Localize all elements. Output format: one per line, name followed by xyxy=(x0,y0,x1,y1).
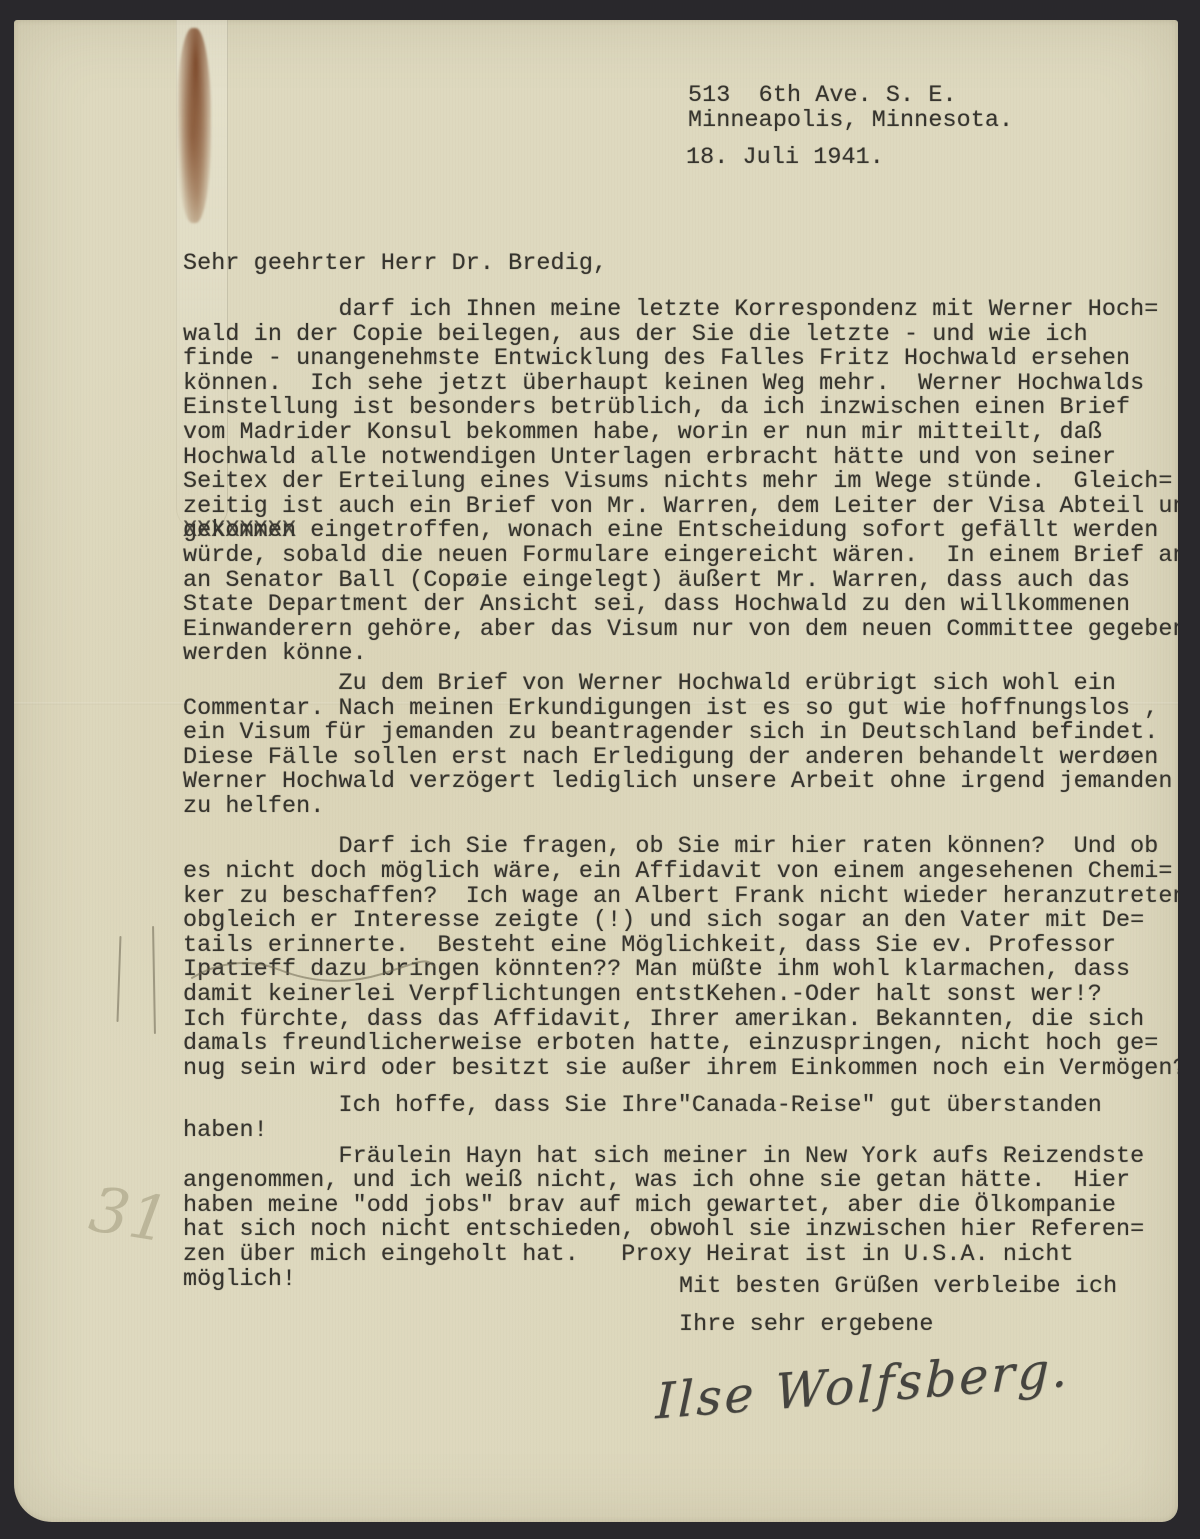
letter-line: haben! xyxy=(183,1119,1178,1144)
letter-line: 513 6th Ave. S. E. xyxy=(688,84,1013,109)
letter-page: 513 6th Ave. S. E.Minneapolis, Minnesota… xyxy=(14,20,1178,1522)
letter-line: nug sein wird oder besitzt sie außer ihr… xyxy=(183,1057,1178,1082)
pencil-squiggle xyxy=(188,948,438,988)
letter-line: Commentar. Nach meinen Erkundigungen ist… xyxy=(183,697,1178,722)
letter-line: gekommen eingetroffen, wonach eine Entsc… xyxy=(183,519,1178,544)
letter-line: Zu dem Brief von Werner Hochwald erübrig… xyxy=(183,672,1178,697)
letter-line: damals freundlicherweise erboten hatte, … xyxy=(183,1032,1178,1057)
signature: Ilse Wolfsberg. xyxy=(655,1341,1071,1431)
letter-line: Mit besten Grüßen verbleibe ich xyxy=(679,1268,1117,1306)
letter-line: Darf ich Sie fragen, ob Sie mir hier rat… xyxy=(183,835,1178,860)
letter-line: Einstellung ist besonders betrüblich, da… xyxy=(183,396,1178,421)
letter-line: State Department der Ansicht sei, dass H… xyxy=(183,593,1178,618)
letter-line: wald in der Copie beilegen, aus der Sie … xyxy=(183,323,1178,348)
letter-line: Ich hoffe, dass Sie Ihre"Canada-Reise" g… xyxy=(183,1094,1178,1119)
date-line: 18. Juli 1941. xyxy=(686,146,884,171)
rust-stain xyxy=(177,28,211,223)
letter-line: Seitex der Erteilung eines Visums nichts… xyxy=(183,470,1178,495)
closing-lines: Mit besten Grüßen verbleibe ichIhre sehr… xyxy=(679,1268,1117,1344)
letter-line: Hochwald alle notwendigen Unterlagen erb… xyxy=(183,446,1178,471)
scan-backdrop: 513 6th Ave. S. E.Minneapolis, Minnesota… xyxy=(0,0,1200,1539)
pencil-margin-mark xyxy=(116,936,121,1022)
letter-line: Ich fürchte, dass das Affidavit, Ihrer a… xyxy=(183,1008,1178,1033)
letter-line: können. Ich sehe jetzt überhaupt keinen … xyxy=(183,372,1178,397)
letter-line: ein Visum für jemanden zu beantragender … xyxy=(183,721,1178,746)
pencil-margin-mark xyxy=(152,926,156,1034)
letter-line: haben meine "odd jobs" brav auf mich gew… xyxy=(183,1194,1178,1219)
letter-line: Ihre sehr ergebene xyxy=(679,1306,1117,1344)
pencil-number: 31 xyxy=(85,1172,174,1256)
letter-line: an Senator Ball (Copøie eingelegt) äußer… xyxy=(183,569,1178,594)
letter-line: zen über mich eingeholt hat. Proxy Heira… xyxy=(183,1243,1178,1268)
letter-line: angenommen, und ich weiß nicht, was ich … xyxy=(183,1169,1178,1194)
letter-paragraph: Zu dem Brief von Werner Hochwald erübrig… xyxy=(183,672,1178,820)
salutation: Sehr geehrter Herr Dr. Bredig, xyxy=(183,252,607,277)
letter-line: Fräulein Hayn hat sich meiner in New Yor… xyxy=(183,1145,1178,1170)
letter-line: Diese Fälle sollen erst nach Erledigung … xyxy=(183,746,1178,771)
letter-paragraph: darf ich Ihnen meine letzte Korresponden… xyxy=(183,298,1178,667)
return-address: 513 6th Ave. S. E.Minneapolis, Minnesota… xyxy=(688,84,1013,133)
letter-line: Minneapolis, Minnesota. xyxy=(688,109,1013,134)
letter-paragraph: Ich hoffe, dass Sie Ihre"Canada-Reise" g… xyxy=(183,1094,1178,1143)
struck-word: gekommen xyxy=(183,519,296,544)
letter-line: würde, sobald die neuen Formulare einger… xyxy=(183,544,1178,569)
letter-line: es nicht doch möglich wäre, ein Affidavi… xyxy=(183,860,1178,885)
letter-line: vom Madrider Konsul bekommen habe, worin… xyxy=(183,421,1178,446)
letter-line: werden könne. xyxy=(183,642,1178,667)
letter-line: hat sich noch nicht entschieden, obwohl … xyxy=(183,1218,1178,1243)
letter-line: darf ich Ihnen meine letzte Korresponden… xyxy=(183,298,1178,323)
letter-line: Werner Hochwald verzögert lediglich unse… xyxy=(183,770,1178,795)
letter-line: Einwanderern gehöre, aber das Visum nur … xyxy=(183,618,1178,643)
letter-line: zeitig ist auch ein Brief von Mr. Warren… xyxy=(183,495,1178,520)
letter-line: zu helfen. xyxy=(183,795,1178,820)
letter-body: darf ich Ihnen meine letzte Korresponden… xyxy=(183,298,1178,1292)
letter-line: finde - unangenehmste Entwicklung des Fa… xyxy=(183,347,1178,372)
letter-line: obgleich er Interesse zeigte (!) und sic… xyxy=(183,909,1178,934)
letter-line: ker zu beschaffen? Ich wage an Albert Fr… xyxy=(183,885,1178,910)
